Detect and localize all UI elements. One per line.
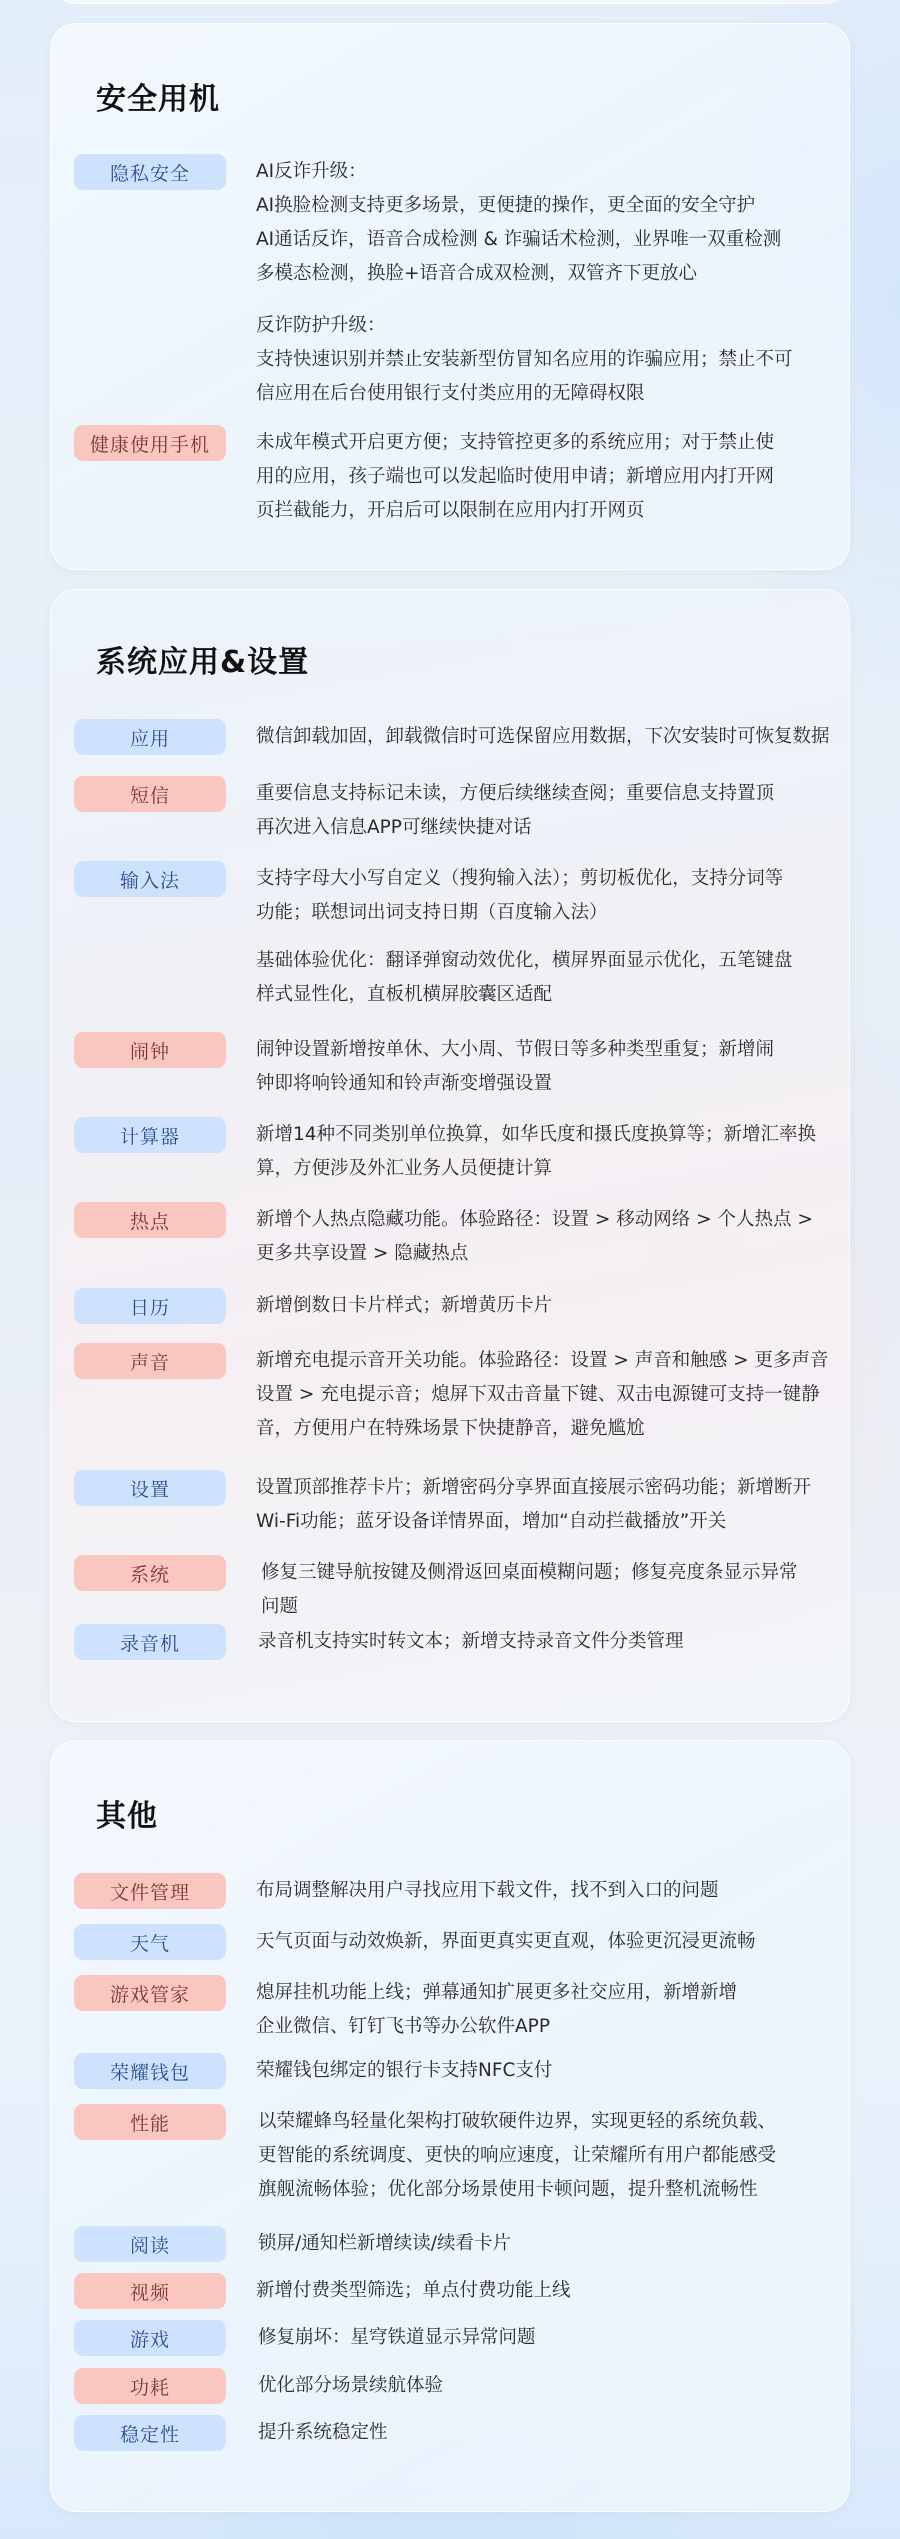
item-description: 闹钟设置新增按单休、大小周、节假日等多种类型重复；新增闹 钟即将响铃通知和铃声渐… <box>256 1033 836 1101</box>
category-tag: 功耗 <box>74 2368 226 2404</box>
category-tag: 闹钟 <box>74 1032 226 1068</box>
section-card-others: 其他 文件管理 布局调整解决用户寻找应用下载文件，找不到入口的问题 天气 天气页… <box>50 1740 850 2512</box>
category-tag: 声音 <box>74 1343 226 1379</box>
category-tag: 文件管理 <box>74 1873 226 1909</box>
category-tag: 稳定性 <box>74 2415 226 2451</box>
category-tag: 系统 <box>74 1555 226 1591</box>
item-description: 新增付费类型筛选；单点付费功能上线 <box>256 2274 836 2308</box>
category-tag: 隐私安全 <box>74 154 226 190</box>
item-description: 支持字母大小写自定义（搜狗输入法）；剪切板优化，支持分词等 功能；联想词出词支持… <box>256 862 836 1012</box>
category-tag: 性能 <box>74 2104 226 2140</box>
category-tag: 天气 <box>74 1924 226 1960</box>
item-description: 提升系统稳定性 <box>258 2416 838 2450</box>
section-card-security: 安全用机 隐私安全 AI反诈升级： AI换脸检测支持更多场景，更便捷的操作，更全… <box>50 23 850 570</box>
item-description: 优化部分场景续航体验 <box>258 2369 838 2403</box>
category-tag: 录音机 <box>74 1624 226 1660</box>
item-description: 修复三键导航按键及侧滑返回桌面模糊问题；修复亮度条显示异常 问题 <box>261 1556 841 1624</box>
category-tag: 短信 <box>74 776 226 812</box>
category-tag: 游戏管家 <box>74 1975 226 2011</box>
category-tag: 健康使用手机 <box>74 425 226 461</box>
item-description: 新增个人热点隐藏功能。体验路径：设置 > 移动网络 > 个人热点 > 更多共享设… <box>256 1203 836 1271</box>
item-description: 熄屏挂机功能上线；弹幕通知扩展更多社交应用，新增新增 企业微信、钉钉飞书等办公软… <box>256 1976 836 2044</box>
item-description: 微信卸载加固，卸载微信时可选保留应用数据，下次安装时可恢复数据 <box>256 720 836 754</box>
item-description: 荣耀钱包绑定的银行卡支持NFC支付 <box>256 2054 836 2088</box>
item-description: 新增倒数日卡片样式；新增黄历卡片 <box>256 1289 836 1323</box>
previous-card-edge <box>50 0 850 4</box>
item-description: 新增14种不同类别单位换算，如华氏度和摄氏度换算等；新增汇率换 算，方便涉及外汇… <box>256 1118 836 1186</box>
item-description: 修复崩坏：星穹铁道显示异常问题 <box>258 2321 838 2355</box>
category-tag: 日历 <box>74 1288 226 1324</box>
item-description: 设置顶部推荐卡片；新增密码分享界面直接展示密码功能；新增断开 Wi-Fi功能；蓝… <box>256 1471 836 1539</box>
item-description: 锁屏/通知栏新增续读/续看卡片 <box>258 2227 838 2261</box>
category-tag: 设置 <box>74 1470 226 1506</box>
category-tag: 热点 <box>74 1202 226 1238</box>
item-description: 天气页面与动效焕新，界面更真实更直观，体验更沉浸更流畅 <box>256 1925 836 1959</box>
category-tag: 荣耀钱包 <box>74 2053 226 2089</box>
section-title: 安全用机 <box>96 74 220 118</box>
item-description: AI反诈升级： AI换脸检测支持更多场景，更便捷的操作，更全面的安全守护 AI通… <box>256 155 836 411</box>
category-tag: 游戏 <box>74 2320 226 2356</box>
category-tag: 应用 <box>74 719 226 755</box>
section-card-system-apps: 系统应用&设置 应用 微信卸载加固，卸载微信时可选保留应用数据，下次安装时可恢复… <box>50 589 850 1722</box>
item-description: 布局调整解决用户寻找应用下载文件，找不到入口的问题 <box>256 1874 836 1908</box>
category-tag: 输入法 <box>74 861 226 897</box>
section-title: 其他 <box>96 1791 158 1835</box>
item-description: 未成年模式开启更方便；支持管控更多的系统应用；对于禁止使 用的应用，孩子端也可以… <box>256 426 836 528</box>
item-description: 新增充电提示音开关功能。体验路径：设置 > 声音和触感 > 更多声音 设置 > … <box>256 1344 836 1446</box>
section-title: 系统应用&设置 <box>96 637 309 681</box>
item-description: 以荣耀蜂鸟轻量化架构打破软硬件边界，实现更轻的系统负载、 更智能的系统调度、更快… <box>258 2105 838 2207</box>
category-tag: 视频 <box>74 2273 226 2309</box>
category-tag: 计算器 <box>74 1117 226 1153</box>
item-description: 重要信息支持标记未读，方便后续继续查阅；重要信息支持置顶 再次进入信息APP可继… <box>256 777 836 845</box>
category-tag: 阅读 <box>74 2226 226 2262</box>
item-description: 录音机支持实时转文本；新增支持录音文件分类管理 <box>258 1625 838 1659</box>
